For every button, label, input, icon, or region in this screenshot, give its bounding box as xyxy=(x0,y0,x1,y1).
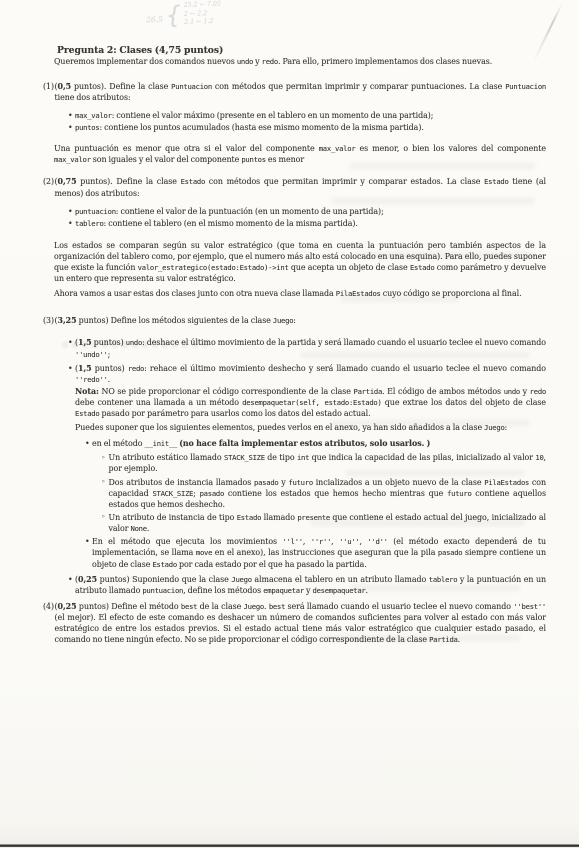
text-segment: que indica la capacidad de las pilas, in… xyxy=(309,453,535,462)
circle-marker-icon: ◦ xyxy=(101,511,105,522)
item-3-bullet-init: •en el método __init__ (no hace falta im… xyxy=(85,438,546,449)
item-2: (2)(0,75 puntos). Define la clase Estado… xyxy=(43,176,546,199)
code-term: max_valor xyxy=(75,111,112,120)
text-segment: : contiene los puntos acumulados (hasta … xyxy=(99,123,423,132)
text-segment: Pregunta 2: Clases (4,75 puntos) xyxy=(57,45,223,56)
code-term: puntuacion xyxy=(142,586,183,595)
code-term: Puntuacion xyxy=(505,82,546,91)
code-term: puntuacion xyxy=(75,207,116,216)
code-term: Juego xyxy=(244,602,264,611)
text-segment: . xyxy=(366,586,368,595)
text-segment: con métodos que permitan imprimir y comp… xyxy=(212,82,505,91)
code-term: __init__ xyxy=(145,439,178,448)
code-term: Estado xyxy=(237,513,261,522)
text-segment: . Para ello, primero implementamos dos c… xyxy=(278,57,492,66)
circle-marker-icon: ◦ xyxy=(101,476,105,487)
text-segment: : contiene el valor máximo (presente en … xyxy=(112,111,434,120)
code-term: pasado xyxy=(254,478,278,487)
item-1: (1)(0,5 puntos). Define la clase Puntuac… xyxy=(43,81,546,104)
text-segment: : xyxy=(293,316,296,325)
text-segment: es menor xyxy=(266,155,304,164)
bullet-marker-icon: • xyxy=(68,218,73,229)
text-segment: Una puntuación es menor que otra si el v… xyxy=(54,144,319,153)
text-segment: puntos) xyxy=(92,364,128,373)
code-term: Puntuacion xyxy=(171,82,212,91)
text-segment: almacena el tablero en un atributo llama… xyxy=(252,575,429,584)
code-term: futuro xyxy=(288,478,312,487)
text-segment: debe contener una llamada a un método xyxy=(75,398,242,407)
bullet-marker-icon: • xyxy=(68,363,73,374)
item-2-estrategico-paragraph: Los estados se comparan según su valor e… xyxy=(54,240,546,285)
bullet-marker-icon: • xyxy=(85,536,90,547)
text-segment: En el método que ejecuta los movimientos xyxy=(92,537,282,546)
text-segment: será llamado cuando el usuario teclee el… xyxy=(285,602,513,611)
item-3-circle-stack-size: ◦Un atributo estático llamado STACK_SIZE… xyxy=(101,452,546,475)
text-segment: y xyxy=(278,478,288,487)
item-number-label: (4) xyxy=(43,601,54,612)
code-term: Estado xyxy=(75,409,99,418)
code-term: max_valor xyxy=(54,155,91,164)
pencil-total-score: 26,5 xyxy=(146,15,163,24)
code-term: Juego xyxy=(273,316,293,325)
code-term: ''redo'' xyxy=(75,375,108,384)
item-3-bullet-redo: •(1,5 puntos) redo: rehace el último mov… xyxy=(68,363,546,386)
text-segment: que acepta un objeto de clase xyxy=(289,263,410,272)
code-term: 10 xyxy=(535,453,543,462)
bullet-marker-icon: • xyxy=(68,206,73,217)
text-segment: tiene dos atributos: xyxy=(55,93,131,102)
text-segment: 0,75 xyxy=(58,177,77,186)
text-segment: y xyxy=(253,57,262,66)
code-term: puntos xyxy=(75,123,99,132)
code-term: futuro xyxy=(447,489,471,498)
text-segment: Un atributo de instancia de tipo xyxy=(109,513,237,522)
text-segment: : xyxy=(505,423,508,432)
text-segment: en el anexo), las instrucciones que aseg… xyxy=(212,548,438,557)
text-segment: . xyxy=(458,635,460,644)
text-segment: : deshace el último movimiento de la par… xyxy=(142,338,546,347)
item-3-anexo-paragraph: Puedes suponer que los siguientes elemen… xyxy=(75,422,546,433)
code-term: ''undo'' xyxy=(75,350,108,359)
code-term: ''l'' xyxy=(282,537,302,546)
code-term: ''best'' xyxy=(513,602,546,611)
scan-bottom-edge xyxy=(0,844,579,848)
item-3-bullet-empaquetar: •(0,25 puntos) Suponiendo que la clase J… xyxy=(68,574,546,597)
text-segment: es menor, o bien los valores del compone… xyxy=(355,144,546,153)
code-term: pasado xyxy=(438,548,462,557)
item-3-circle-pasado-futuro: ◦Dos atributos de instancia llamados pas… xyxy=(101,477,546,511)
text-segment: 1,5 xyxy=(78,338,92,347)
code-term: valor_estrategico(estado:Estado)->int xyxy=(138,263,289,272)
circle-marker-icon: ◦ xyxy=(101,452,105,463)
text-segment: llamado xyxy=(261,513,297,522)
item-number-label: (1) xyxy=(43,81,54,92)
code-term: ''r'' xyxy=(311,537,331,546)
code-term: ''d'' xyxy=(367,537,387,546)
code-term: undo xyxy=(126,338,142,347)
text-segment: de la clase xyxy=(197,602,243,611)
code-term: PilaEstados xyxy=(484,478,529,487)
text-segment: puntos) Define el método xyxy=(77,602,181,611)
text-segment: 0,25 xyxy=(78,575,97,584)
text-segment: Dos atributos de instancia llamados xyxy=(109,478,255,487)
text-segment: Queremos implementar dos comandos nuevos xyxy=(54,57,237,66)
code-term: redo xyxy=(128,364,144,373)
text-segment: NO se pide proporcionar el código corres… xyxy=(99,387,354,396)
bullet-marker-icon: • xyxy=(68,122,73,133)
text-segment: (no hace falta implementar estos atribut… xyxy=(179,439,430,448)
code-term: tablero xyxy=(75,219,104,228)
text-segment: que extrae los datos del objeto de clase xyxy=(382,398,546,407)
code-term: max_valor xyxy=(319,144,356,153)
pencil-score-lines: 25.2 ← 7.05 2 ← 2.2 2.1 ← 1.2 xyxy=(184,1,222,28)
item-4: (4)(0,25 puntos) Define el método best d… xyxy=(43,601,546,646)
text-segment: con métodos que permitan imprimir y comp… xyxy=(205,177,484,186)
code-term: Estado xyxy=(410,263,434,272)
pencil-score-line: 2.1 ← 1.2 xyxy=(184,18,222,28)
text-segment: Puedes suponer que los siguientes elemen… xyxy=(75,423,484,432)
code-term: presente xyxy=(297,513,330,522)
code-term: STACK_SIZE xyxy=(224,453,265,462)
text-segment: 1,5 xyxy=(78,364,92,373)
code-term: Juego xyxy=(484,423,504,432)
text-segment: 0,25 xyxy=(58,602,77,611)
code-term: PilaEstados xyxy=(336,289,381,298)
text-segment: contiene los estados que hemos hecho mie… xyxy=(224,489,447,498)
item-number-label: (3) xyxy=(43,315,54,326)
text-segment: en el método xyxy=(92,439,145,448)
text-segment: 0,5 xyxy=(58,82,72,91)
code-term: Estado xyxy=(181,177,205,186)
page-content: Pregunta 2: Clases (4,75 puntos)Queremos… xyxy=(0,45,579,646)
item-1-bullet-puntos: •puntos: contiene los puntos acumulados … xyxy=(68,122,546,133)
bullet-marker-icon: • xyxy=(68,110,73,121)
bullet-marker-icon: • xyxy=(68,574,73,585)
code-term: STACK_SIZE xyxy=(152,489,193,498)
code-term: puntos xyxy=(241,155,265,164)
code-term: Juego xyxy=(231,575,251,584)
item-2-bullet-puntuacion: •puntuacion: contiene el valor de la pun… xyxy=(68,206,546,217)
code-term: best xyxy=(181,602,197,611)
text-segment: : contiene el tablero (en el mismo momen… xyxy=(104,219,358,228)
code-term: ''u'' xyxy=(339,537,359,546)
text-segment: Ahora vamos a usar estas dos clases junt… xyxy=(54,289,336,298)
text-segment: incializados a un objeto nuevo de la cla… xyxy=(313,478,484,487)
text-segment: : rehace el último movimiento deshecho y… xyxy=(144,364,546,373)
code-term: undo xyxy=(504,387,520,396)
text-segment: y xyxy=(520,387,530,396)
pila-estados-paragraph: Ahora vamos a usar estas dos clases junt… xyxy=(54,288,546,299)
text-segment: Un atributo estático llamado xyxy=(109,453,225,462)
code-term: Partida xyxy=(429,635,458,644)
text-segment: . xyxy=(108,375,110,384)
text-segment: puntos) xyxy=(92,338,126,347)
question-title: Pregunta 2: Clases (4,75 puntos) xyxy=(57,45,546,56)
item-3-nota-paragraph: Nota: NO se pide proporcionar el código … xyxy=(75,386,546,420)
code-term: redo xyxy=(530,387,546,396)
code-term: move xyxy=(196,548,212,557)
text-segment: puntos). Define la clase xyxy=(71,82,171,91)
text-segment: y xyxy=(304,586,313,595)
code-term: Estado xyxy=(152,560,176,569)
text-segment: de tipo xyxy=(265,453,297,462)
text-segment: por cada estado por el que ha pasado la … xyxy=(177,560,367,569)
item-number-label: (2) xyxy=(43,176,54,187)
item-3-bullet-undo: •(1,5 puntos) undo: deshace el último mo… xyxy=(68,337,546,360)
bullet-marker-icon: • xyxy=(85,438,90,449)
code-term: Estado xyxy=(484,177,508,186)
bullet-marker-icon: • xyxy=(68,337,73,348)
item-3-circle-presente: ◦Un atributo de instancia de tipo Estado… xyxy=(101,512,546,535)
text-segment: puntos) Define los métodos siguientes de… xyxy=(77,316,273,325)
code-term: int xyxy=(297,453,309,462)
code-term: None xyxy=(131,524,147,533)
text-segment: 3,25 xyxy=(58,316,77,325)
code-term: pasado xyxy=(200,489,224,498)
code-term: best xyxy=(269,602,285,611)
code-term: empaquetar xyxy=(263,586,304,595)
code-term: tablero xyxy=(429,575,458,584)
code-term: Partida xyxy=(354,387,383,396)
text-segment: : contiene el valor de la puntuación (en… xyxy=(116,207,384,216)
text-segment: puntos) Suponiendo que la clase xyxy=(97,575,231,584)
text-segment: . xyxy=(147,524,149,533)
text-segment: , xyxy=(331,537,339,546)
text-segment: Nota: xyxy=(75,387,99,396)
text-segment: , define los métodos xyxy=(183,586,263,595)
code-term: undo xyxy=(237,57,253,66)
scanned-exam-page: 26,5 { 25.2 ← 7.05 2 ← 2.2 2.1 ← 1.2 Pre… xyxy=(0,0,579,848)
text-segment: , xyxy=(303,537,311,546)
text-segment: cuyo código se proporciona al final. xyxy=(381,289,522,298)
text-segment: . El código de ambos métodos xyxy=(382,387,504,396)
text-segment: pasado por parámetro para usarlos como l… xyxy=(99,409,370,418)
brace-icon: { xyxy=(166,11,182,20)
code-term: desempaquetar(self, estado:Estado) xyxy=(242,398,381,407)
text-segment: (el mejor). El efecto de este comando es… xyxy=(55,613,547,645)
text-segment: son iguales y el valor del componente xyxy=(91,155,242,164)
pencil-grade-note: 26,5 { 25.2 ← 7.05 2 ← 2.2 2.1 ← 1.2 xyxy=(146,1,222,29)
item-3: (3)(3,25 puntos) Define los métodos sigu… xyxy=(43,315,546,326)
intro-paragraph: Queremos implementar dos comandos nuevos… xyxy=(54,56,546,67)
text-segment: ; xyxy=(108,350,111,359)
code-term: desempaquetar xyxy=(313,586,366,595)
item-1-bullet-max-valor: •max_valor: contiene el valor máximo (pr… xyxy=(68,110,546,121)
text-segment: puntos). Define la clase xyxy=(77,177,181,186)
item-3-bullet-move: •En el método que ejecuta los movimiento… xyxy=(85,536,546,570)
item-1-comparison-paragraph: Una puntuación es menor que otra si el v… xyxy=(54,143,546,166)
code-term: redo xyxy=(262,57,278,66)
item-2-bullet-tablero: •tablero: contiene el tablero (en el mis… xyxy=(68,218,546,229)
